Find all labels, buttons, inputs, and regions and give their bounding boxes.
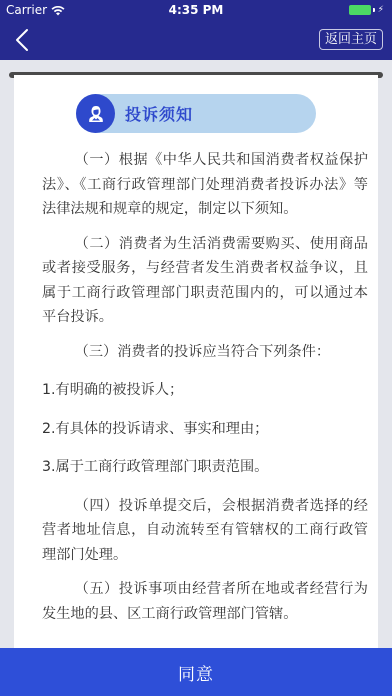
clock: 4:35 PM (0, 3, 392, 17)
paragraph-3: （三）消费者的投诉应当符合下列条件： (42, 340, 368, 365)
paragraph-2: （二）消费者为生活消费需要购买、使用商品或者接受服务，与经营者发生消费者权益争议… (42, 232, 368, 330)
condition-1: 1.有明确的被投诉人； (42, 378, 368, 403)
home-button[interactable]: 返回主页 (319, 29, 383, 50)
back-button[interactable] (10, 26, 34, 54)
content-area: 投诉须知 （一）根据《中华人民共和国消费者权益保护法》、《工商行政管理部门处理消… (0, 61, 392, 648)
chevron-left-icon (15, 28, 29, 52)
nav-bar: 返回主页 (0, 20, 392, 60)
top-bar: Carrier 4:35 PM ⚡ 返回主页 (0, 0, 392, 60)
user-icon (88, 105, 104, 123)
notice-title: 投诉须知 (125, 102, 193, 125)
agree-button[interactable]: 同意 (0, 648, 392, 696)
heading-icon-circle (76, 94, 115, 133)
paragraph-1: （一）根据《中华人民共和国消费者权益保护法》、《工商行政管理部门处理消费者投诉办… (42, 148, 368, 222)
notice-content: （一）根据《中华人民共和国消费者权益保护法》、《工商行政管理部门处理消费者投诉办… (42, 148, 368, 636)
status-bar: Carrier 4:35 PM ⚡ (0, 0, 392, 20)
charging-icon: ⚡ (378, 5, 384, 15)
notice-card: 投诉须知 （一）根据《中华人民共和国消费者权益保护法》、《工商行政管理部门处理消… (14, 75, 378, 655)
paragraph-5: （五）投诉事项由经营者所在地或者经营行为发生地的县、区工商行政管理部门管辖。 (42, 577, 368, 626)
condition-3: 3.属于工商行政管理部门职责范围。 (42, 455, 368, 480)
paragraph-4: （四）投诉单提交后，会根据消费者选择的经营者地址信息，自动流转至有管辖权的工商行… (42, 494, 368, 568)
condition-2: 2.有具体的投诉请求、事实和理由； (42, 417, 368, 442)
battery-icon: ⚡ (349, 5, 384, 15)
notice-heading: 投诉须知 (76, 94, 316, 133)
